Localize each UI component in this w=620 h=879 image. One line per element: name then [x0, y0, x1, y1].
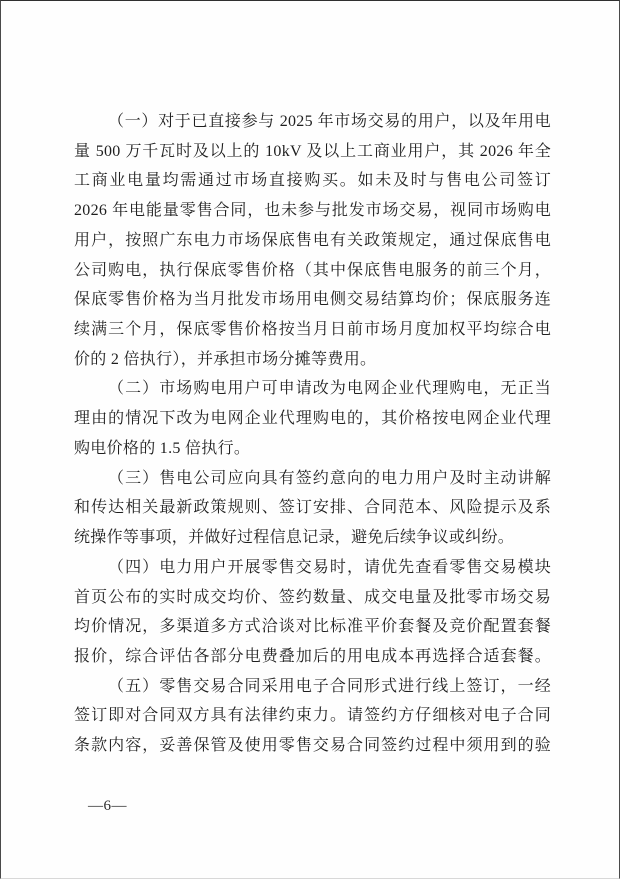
text-line: 条款内容，妥善保管及使用零售交易合同签约过程中须用到的验 [74, 731, 551, 761]
text-line: （五）零售交易合同采用电子合同形式进行线上签订，一经 [74, 672, 551, 702]
text-line: 量 500 万千瓦时及以上的 10kV 及以上工商业用户，其 2026 年全部 [74, 137, 551, 167]
text-line: 理由的情况下改为电网企业代理购电的，其价格按电网企业代理 [74, 404, 551, 434]
text-line: 2026 年电能量零售合同，也未参与批发市场交易，视同市场购电 [74, 196, 551, 226]
text-line: 用户，按照广东电力市场保底售电有关政策规定，通过保底售电 [74, 226, 551, 256]
text-line: 公司购电，执行保底零售价格（其中保底售电服务的前三个月， [74, 256, 551, 286]
text-line: （四）电力用户开展零售交易时，请优先查看零售交易模块 [74, 553, 551, 583]
text-line: 保底零售价格为当月批发市场用电侧交易结算均价；保底服务连 [74, 285, 551, 315]
document-page: （一）对于已直接参与 2025 年市场交易的用户，以及年用电量 500 万千瓦时… [0, 0, 620, 879]
text-line: （一）对于已直接参与 2025 年市场交易的用户，以及年用电 [74, 107, 551, 137]
text-line: 均价情况，多渠道多方式洽谈对比标准平价套餐及竞价配置套餐 [74, 612, 551, 642]
text-line: 统操作等事项，并做好过程信息记录，避免后续争议或纠纷。 [74, 523, 551, 553]
page-number: —6— [88, 796, 127, 816]
text-line: 报价，综合评估各部分电费叠加后的用电成本再选择合适套餐。 [74, 642, 551, 672]
text-line: 价的 2 倍执行），并承担市场分摊等费用。 [74, 345, 551, 375]
text-line: 工商业电量均需通过市场直接购买。如未及时与售电公司签订 [74, 166, 551, 196]
document-body: （一）对于已直接参与 2025 年市场交易的用户，以及年用电量 500 万千瓦时… [74, 107, 551, 761]
text-line: 和传达相关最新政策规则、签订安排、合同范本、风险提示及系 [74, 493, 551, 523]
text-line: 续满三个月，保底零售价格按当月日前市场月度加权平均综合电 [74, 315, 551, 345]
text-line: 购电价格的 1.5 倍执行。 [74, 434, 551, 464]
text-line: 首页公布的实时成交均价、签约数量、成交电量及批零市场交易 [74, 583, 551, 613]
text-line: （二）市场购电用户可申请改为电网企业代理购电，无正当 [74, 374, 551, 404]
text-line: （三）售电公司应向具有签约意向的电力用户及时主动讲解 [74, 464, 551, 494]
text-line: 签订即对合同双方具有法律约束力。请签约方仔细核对电子合同 [74, 701, 551, 731]
